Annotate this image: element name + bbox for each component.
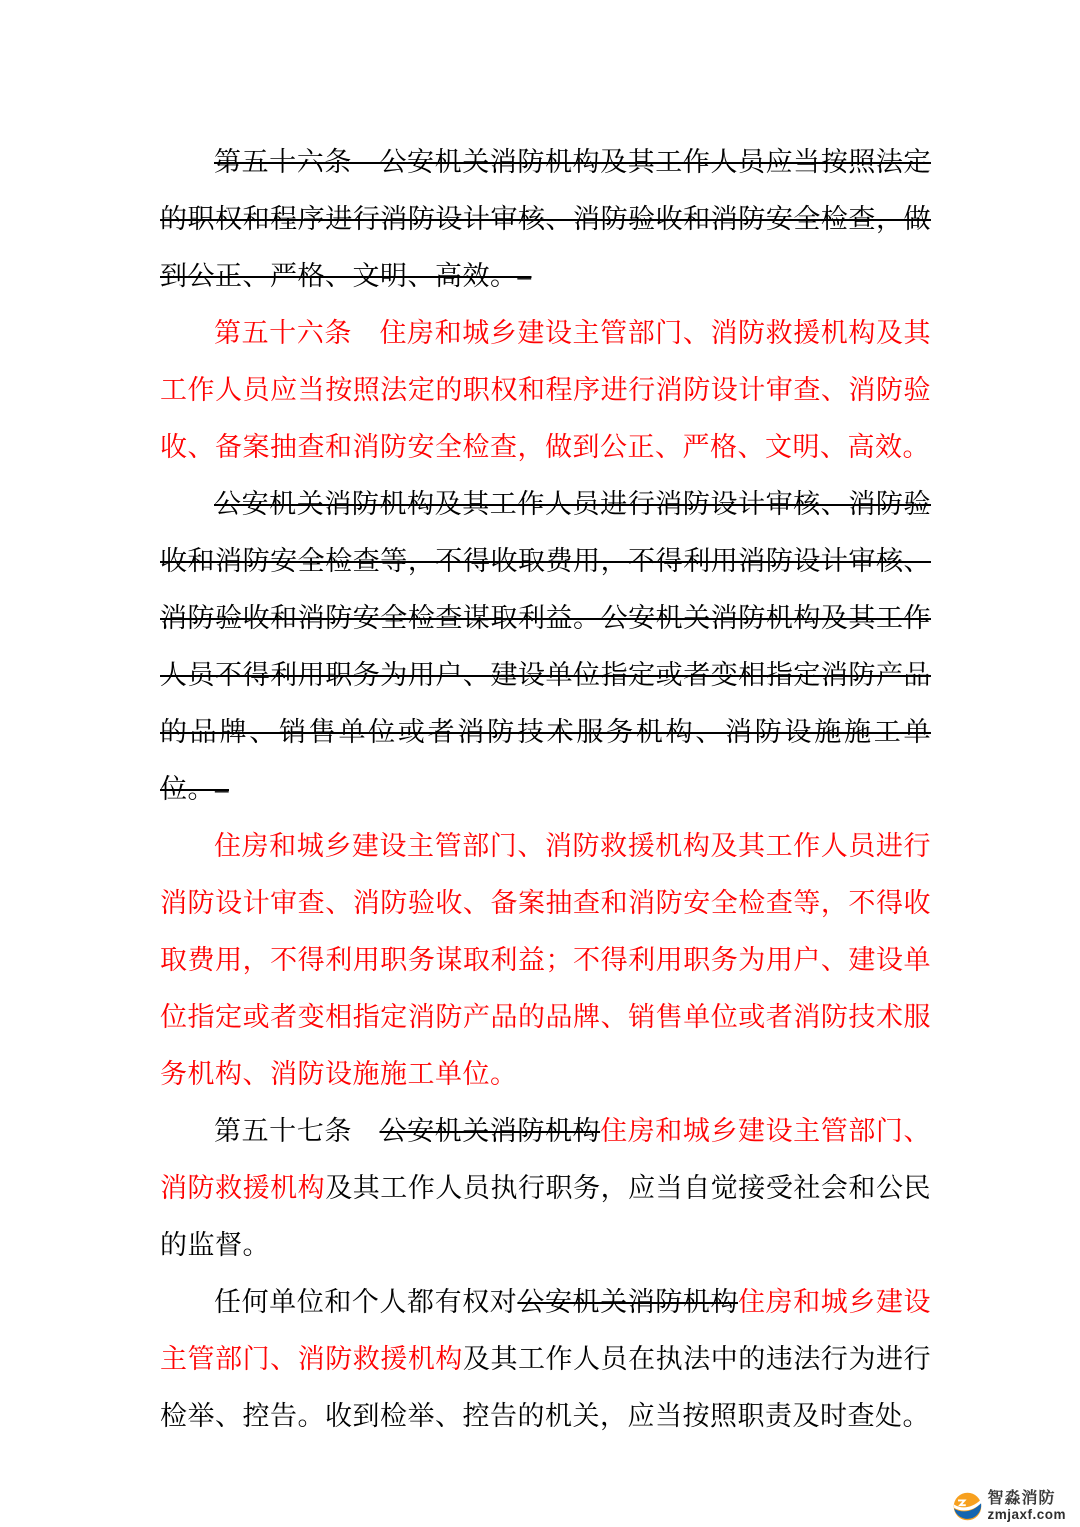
zm-swoosh-logo-icon [952,1491,983,1522]
paragraph: 第五十七条 公安机关消防机构住房和城乡建设主管部门、消防救援机构及其工作人员执行… [160,1103,931,1274]
deleted-text-segment: 公安机关消防机构及其工作人员进行消防设计审核、消防验收和消防安全检查等，不得收取… [160,489,931,804]
paragraph: 任何单位和个人都有权对公安机关消防机构住房和城乡建设主管部门、消防救援机构及其工… [160,1274,931,1445]
watermark-domain: zmjaxf.com [987,1508,1066,1522]
normal-text-segment: 第五十七条 [214,1116,379,1146]
document-body: 第五十六条 公安机关消防机构及其工作人员应当按照法定的职权和程序进行消防设计审核… [160,134,931,1445]
paragraph: 住房和城乡建设主管部门、消防救援机构及其工作人员进行消防设计审查、消防验收、备案… [160,818,931,1103]
paragraph: 第五十六条 住房和城乡建设主管部门、消防救援机构及其工作人员应当按照法定的职权和… [160,305,931,476]
paragraph: 公安机关消防机构及其工作人员进行消防设计审核、消防验收和消防安全检查等，不得收取… [160,476,931,818]
paragraph: 第五十六条 公安机关消防机构及其工作人员应当按照法定的职权和程序进行消防设计审核… [160,134,931,305]
watermark-text: 智淼消防 zmjaxf.com [987,1491,1066,1522]
deleted-text-segment: 公安机关消防机构 [517,1287,738,1317]
page: { "document": { "paragraphs": [ { "segme… [0,0,1080,1527]
inserted-text-segment: 住房和城乡建设主管部门、消防救援机构及其工作人员进行消防设计审查、消防验收、备案… [160,831,931,1089]
deleted-text-segment: 公安机关消防机构 [379,1116,600,1146]
normal-text-segment: 任何单位和个人都有权对 [214,1287,517,1317]
inserted-text-segment: 第五十六条 住房和城乡建设主管部门、消防救援机构及其工作人员应当按照法定的职权和… [160,318,931,462]
watermark: 智淼消防 zmjaxf.com [952,1491,1066,1522]
watermark-brand: 智淼消防 [987,1491,1066,1508]
deleted-text-segment: 第五十六条 公安机关消防机构及其工作人员应当按照法定的职权和程序进行消防设计审核… [160,147,931,291]
